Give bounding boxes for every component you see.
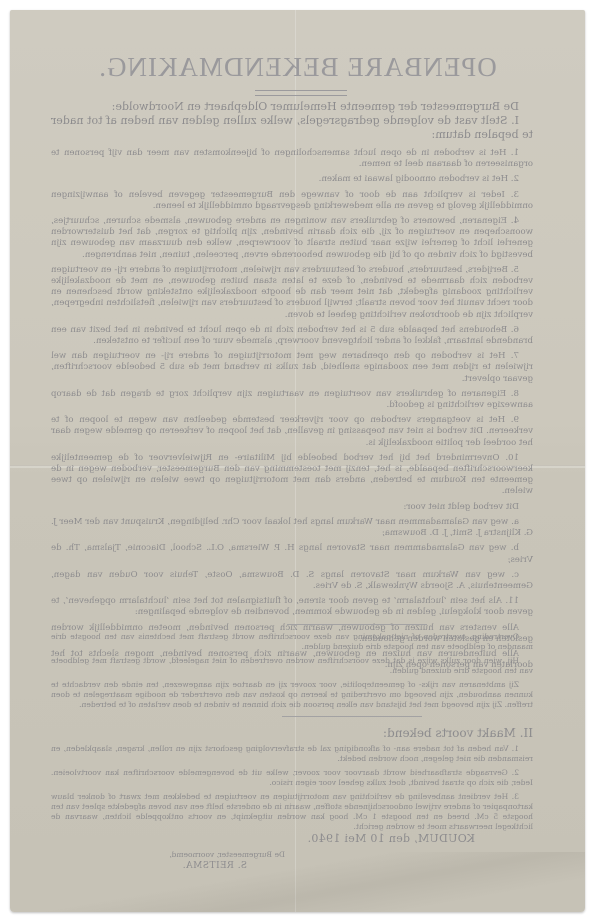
rule-paragraph: Dit verbod geldt niet voor:	[51, 502, 533, 513]
section2-paragraph: 2. Gevraagde strafbaarheid wordt daarvoo…	[51, 768, 533, 788]
intro-line-2: I. Stelt vast de volgende gedragsregels,…	[51, 114, 533, 142]
intro-line-1: De Burgemeester der gemeente Hemelumer O…	[51, 100, 533, 114]
rule-paragraph: 4. Eigenaren, bewoners of gebruikers van…	[51, 216, 533, 261]
place-date: KOUDUM, den 10 Mei 1940.	[307, 832, 475, 845]
rule-paragraph: 11. Als het sein ‘luchtalarm’ te geven d…	[51, 596, 533, 618]
rule-paragraph: 10. Onverminderd het bij het verbod bedo…	[51, 453, 533, 498]
title-double-rule	[255, 90, 347, 96]
rule-paragraph: 2. Het is verboden onnoodig lawaai te ma…	[51, 174, 533, 185]
penalty-paragraph: Overtreding, overtreden of niet-nakoming…	[51, 632, 533, 652]
mirrored-print: OPENBARE BEKENDMAKING. De Burgemeester d…	[10, 10, 585, 912]
rule-paragraph: 5. Berijders, bestuurders, houders of be…	[51, 265, 533, 321]
rule-paragraph: a. weg van Galamadammen naar Warkum lang…	[51, 517, 533, 539]
section2-paragraph: 1. Van heden af tot nadere aan- of afkon…	[51, 744, 533, 764]
section2-paragraph: 3. Het verdient aanbeveling de verlichti…	[51, 792, 533, 832]
rule-paragraph: 7. Het is verboden op den openbaren weg …	[51, 351, 533, 385]
divider-1	[287, 624, 427, 625]
penalty-paragraph: Hij, wien door zulks wijze is dat deze v…	[51, 656, 533, 676]
penalties-block: Overtreding, overtreden of niet-nakoming…	[51, 632, 533, 714]
divider-2	[282, 716, 422, 717]
paper-wrinkle	[10, 852, 585, 912]
rule-paragraph: 8. Eigenaren of gebruikers van voertuige…	[51, 389, 533, 411]
intro-block: De Burgemeester der gemeente Hemelumer O…	[51, 100, 533, 142]
rules-list: 1. Het is verboden in de open lucht same…	[51, 148, 533, 675]
rule-paragraph: 1. Het is verboden in de open lucht same…	[51, 148, 533, 170]
document-title: OPENBARE BEKENDMAKING.	[10, 52, 585, 83]
document-sheet: OPENBARE BEKENDMAKING. De Burgemeester d…	[10, 10, 585, 912]
penalty-paragraph: Zij ambtenaren van rijks- of gemeentepol…	[51, 680, 533, 710]
rule-paragraph: 6. Behoudens het bepaalde sub 5 is het v…	[51, 325, 533, 347]
section2-heading: II. Maakt voorts bekend:	[383, 726, 533, 740]
rule-paragraph: 3. Ieder is verplicht aan de door of van…	[51, 190, 533, 212]
rule-paragraph: c. weg van Warkum naar Stavoren langs S.…	[51, 570, 533, 592]
rule-paragraph: b. weg van Galamadammen naar Stavoren la…	[51, 543, 533, 565]
section2-list: 1. Van heden af tot nadere aan- of afkon…	[51, 744, 533, 836]
rule-paragraph: 9. Het is voetgangers verboden op voor r…	[51, 415, 533, 449]
